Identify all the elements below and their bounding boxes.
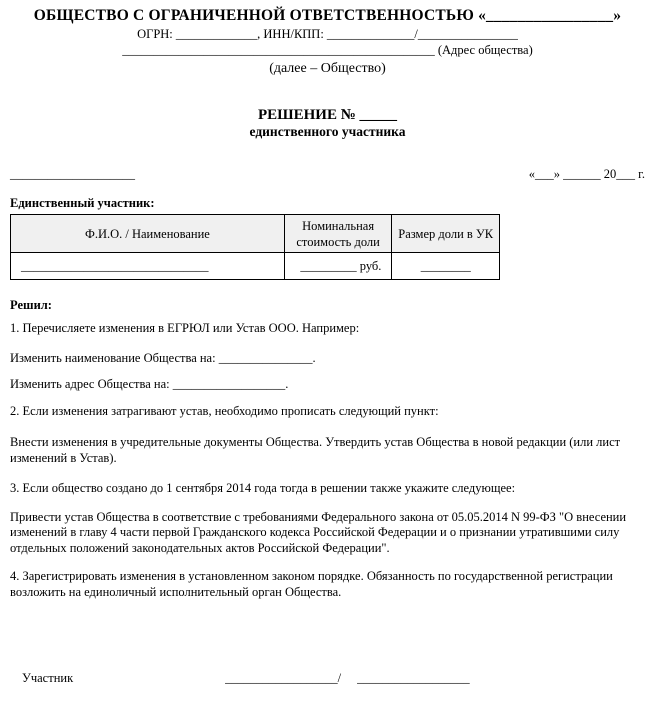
table-cell-nominal-blank: _________ руб. <box>284 253 392 280</box>
place-blank: ____________________ <box>10 166 135 182</box>
resolution-subtitle: единственного участника <box>10 124 645 140</box>
table-header-fio: Ф.И.О. / Наименование <box>11 215 285 253</box>
resolution-paragraph-1: 1. Перечисляете изменения в ЕГРЮЛ или Ус… <box>10 321 645 337</box>
resolution-paragraph-4: 4. Зарегистрировать изменения в установл… <box>10 569 645 600</box>
table-cell-share-blank: ________ <box>392 253 500 280</box>
company-header: ОБЩЕСТВО С ОГРАНИЧЕННОЙ ОТВЕТСТВЕННОСТЬЮ… <box>10 6 645 78</box>
address-line: ________________________________________… <box>10 43 645 59</box>
table-header-share-size: Размер доли в УК <box>392 215 500 253</box>
sole-participant-label: Единственный участник: <box>10 195 645 211</box>
resolution-paragraph-3: 3. Если общество создано до 1 сентября 2… <box>10 481 645 497</box>
table-header-row: Ф.И.О. / Наименование Номинальная стоимо… <box>11 215 500 253</box>
resolution-paragraph-federal-law: Привести устав Общества в соответствие с… <box>10 510 645 557</box>
date-blank: «___» ______ 20___ г. <box>529 166 645 182</box>
resolution-paragraph-change-address: Изменить адрес Общества на: ____________… <box>10 377 645 393</box>
signature-blank: __________________/ <box>225 670 341 686</box>
document-page: ОБЩЕСТВО С ОГРАНИЧЕННОЙ ОТВЕТСТВЕННОСТЬЮ… <box>0 0 655 707</box>
hereinafter-line: (далее – Общество) <box>10 60 645 78</box>
signature-name-blank: __________________ <box>357 670 470 686</box>
table-row: ______________________________ _________… <box>11 253 500 280</box>
table-header-nominal-value: Номинальная стоимость доли <box>284 215 392 253</box>
place-date-row: ____________________ «___» ______ 20___ … <box>10 166 645 182</box>
participant-table: Ф.И.О. / Наименование Номинальная стоимо… <box>10 214 500 280</box>
resolution-number-title: РЕШЕНИЕ № _____ <box>10 106 645 124</box>
document-title: РЕШЕНИЕ № _____ единственного участника <box>10 106 645 140</box>
company-title: ОБЩЕСТВО С ОГРАНИЧЕННОЙ ОТВЕТСТВЕННОСТЬЮ… <box>10 6 645 26</box>
table-cell-name-blank: ______________________________ <box>11 253 285 280</box>
participant-signature-label: Участник <box>22 670 73 686</box>
resolution-paragraph-change-name: Изменить наименование Общества на: _____… <box>10 351 645 367</box>
signature-row: Участник __________________/ ___________… <box>10 670 645 686</box>
resolution-paragraph-charter-changes: Внести изменения в учредительные докумен… <box>10 435 645 466</box>
resolution-paragraph-2: 2. Если изменения затрагивают устав, нео… <box>10 404 645 420</box>
ogrn-inn-line: ОГРН: _____________, ИНН/КПП: __________… <box>10 27 645 43</box>
resolved-label: Решил: <box>10 297 645 313</box>
